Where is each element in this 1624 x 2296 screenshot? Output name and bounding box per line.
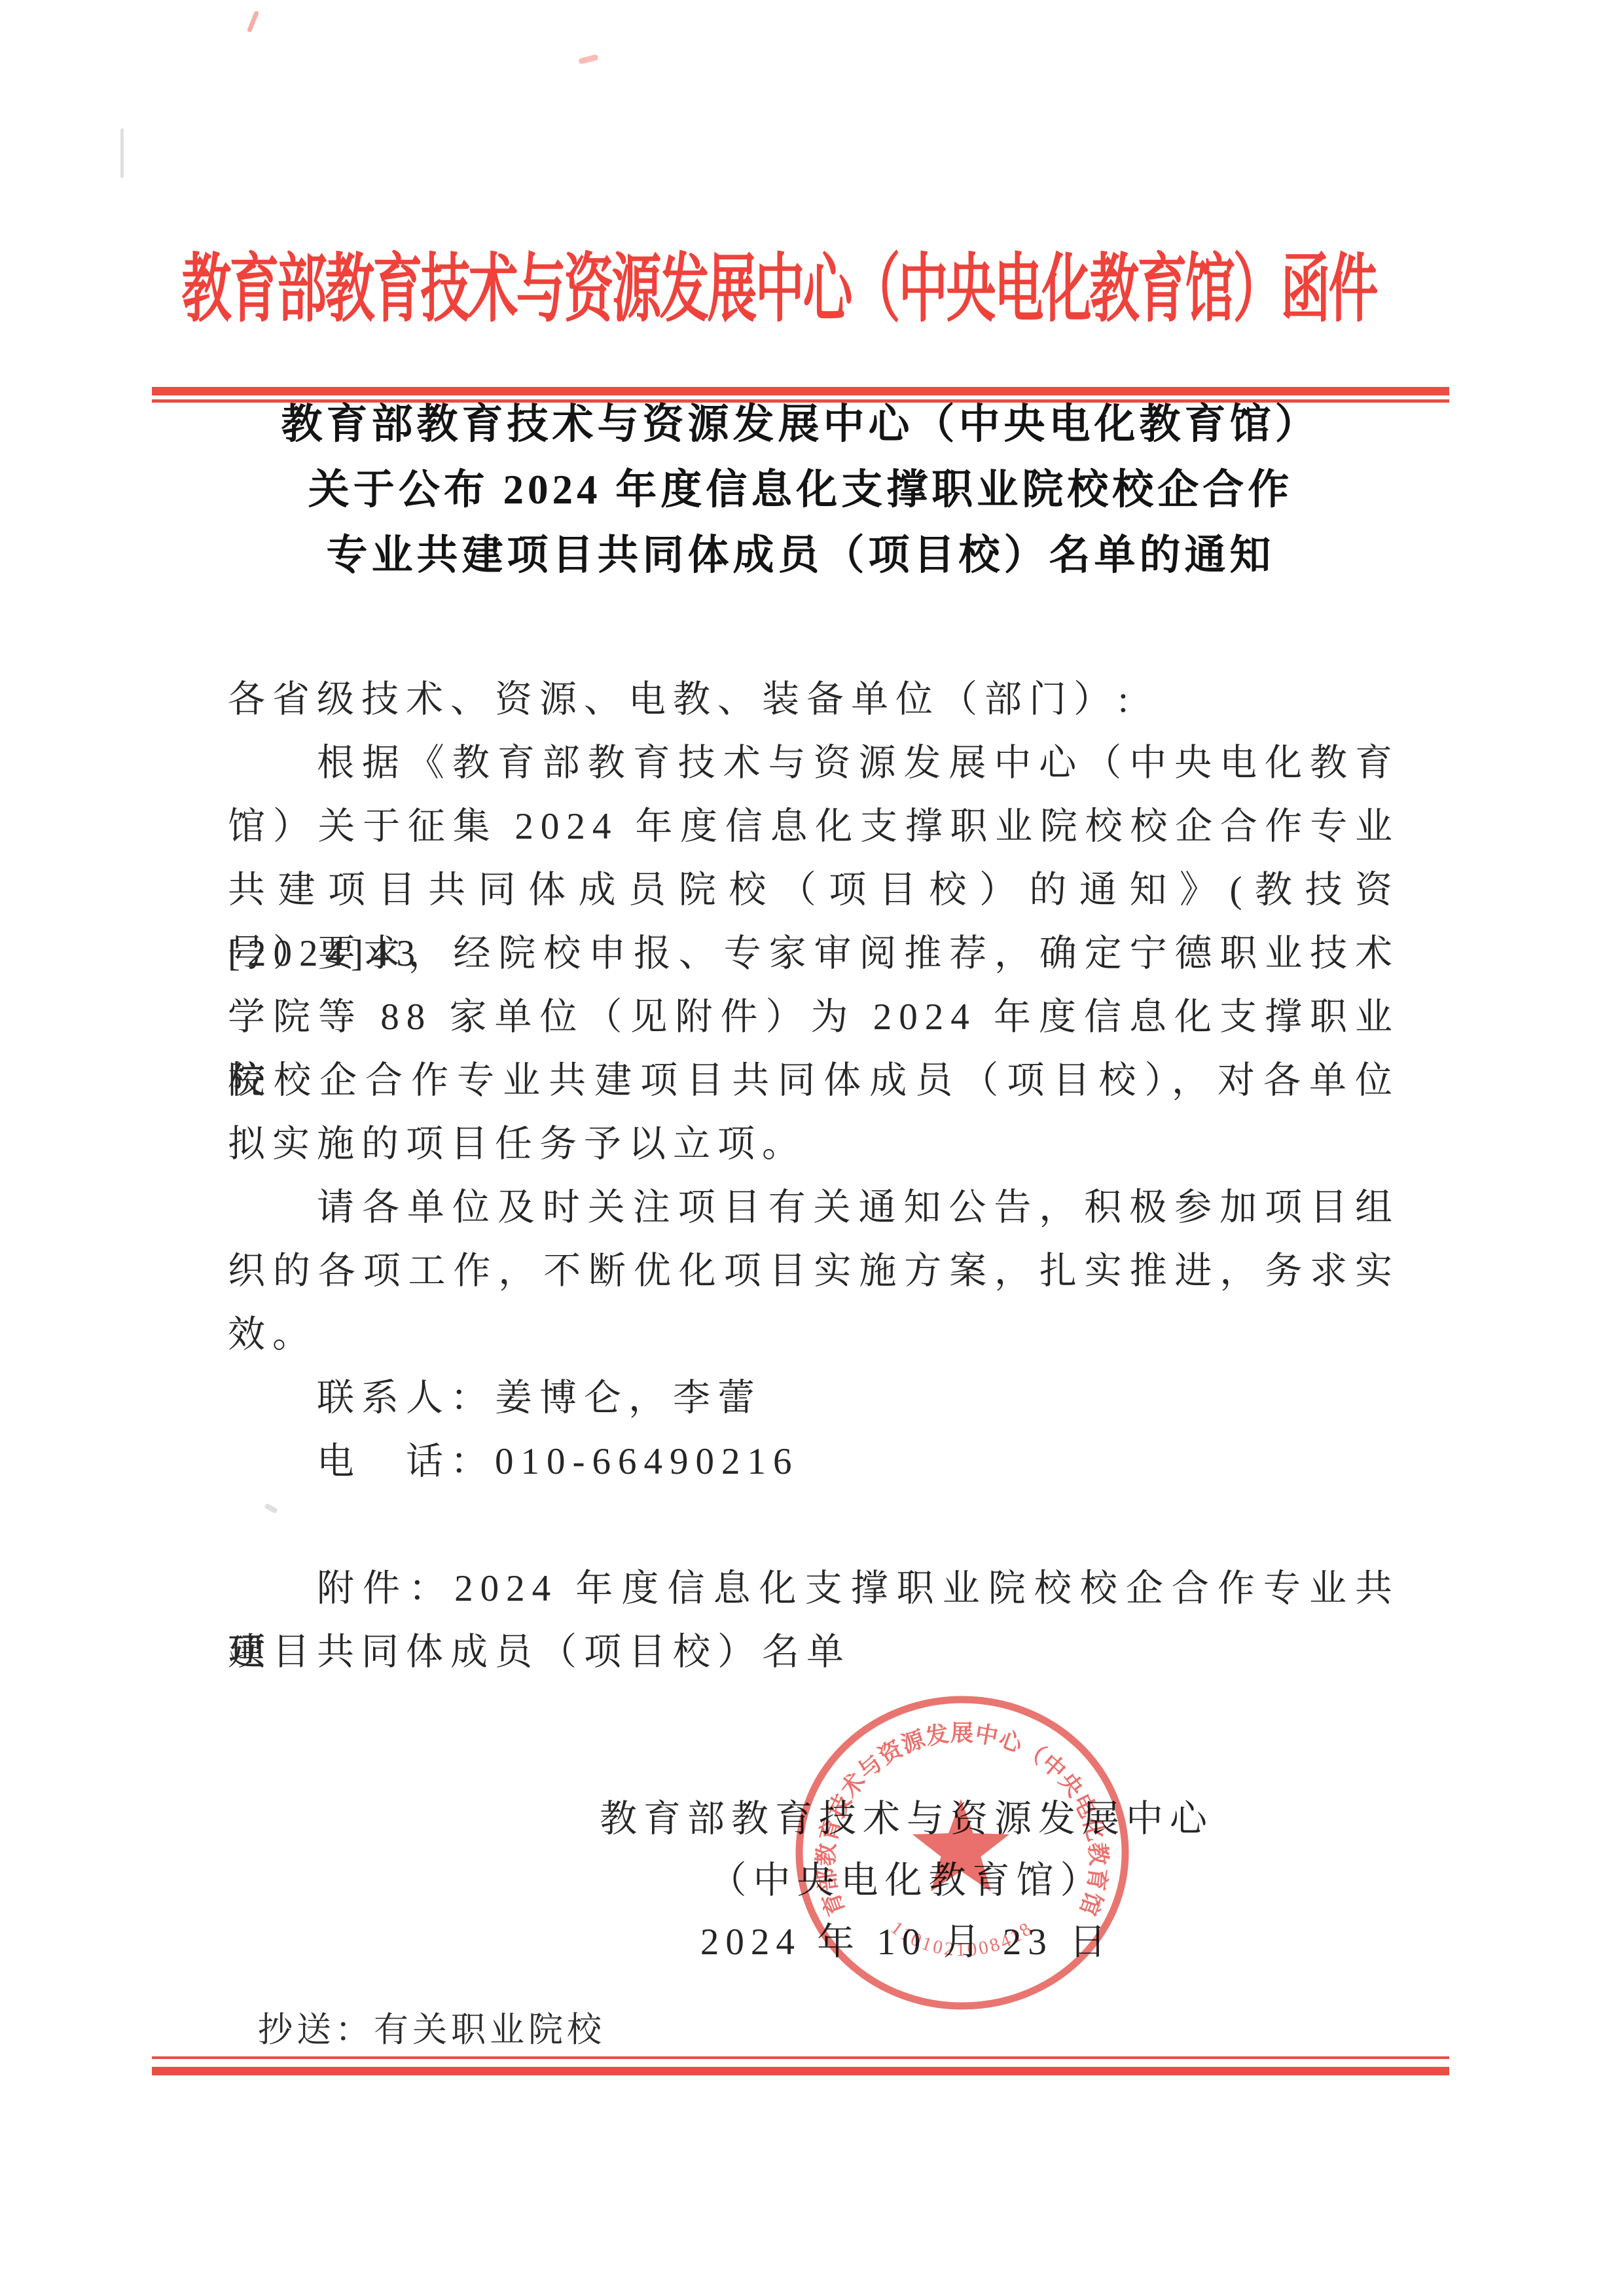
seal-star-icon bbox=[912, 1799, 1009, 1891]
body-line: 根据《教育部教育技术与资源发展中心（中央电化教育 bbox=[228, 731, 1399, 795]
document-body: 各省级技术、资源、电教、装备单位（部门）: 根据《教育部教育技术与资源发展中心（… bbox=[228, 668, 1399, 1684]
document-title-line: 专业共建项目共同体成员（项目校）名单的通知 bbox=[152, 522, 1449, 588]
body-line: 号）要求，经院校申报、专家审阅推荐，确定宁德职业技术 bbox=[228, 922, 1399, 985]
body-line: 学院等 88 家单位（见附件）为 2024 年度信息化支撑职业院 bbox=[228, 985, 1399, 1049]
document-page: 教育部教育技术与资源发展中心（中央电化教育馆）函件 教育部教育技术与资源发展中心… bbox=[0, 0, 1624, 2296]
body-line: 请各单位及时关注项目有关通知公告，积极参加项目组 bbox=[228, 1176, 1399, 1239]
svg-text:教育部教育技术与资源发展中心（中央电化教育馆）: 教育部教育技术与资源发展中心（中央电化教育馆） bbox=[776, 1676, 1111, 1920]
seal-serial: 1101021008418 bbox=[887, 1917, 1038, 1960]
attachment-line: 附件：2024 年度信息化支撑职业院校校企合作专业共建 bbox=[228, 1557, 1399, 1620]
official-seal: 教育部教育技术与资源发展中心（中央电化教育馆） 1101021008418 bbox=[776, 1676, 1155, 2016]
blank-line bbox=[228, 1493, 1399, 1557]
svg-text:1101021008418: 1101021008418 bbox=[887, 1917, 1038, 1960]
scan-artifact bbox=[247, 10, 259, 33]
salutation-line: 各省级技术、资源、电教、装备单位（部门）: bbox=[228, 668, 1399, 731]
body-line: 拟实施的项目任务予以立项。 bbox=[228, 1112, 1399, 1176]
letterhead-banner: 教育部教育技术与资源发展中心（中央电化教育馆）函件 bbox=[124, 217, 1434, 364]
copy-to-line: 抄送：有关职业院校 bbox=[258, 2007, 605, 2053]
document-title-line: 关于公布 2024 年度信息化支撑职业院校校企合作 bbox=[152, 457, 1449, 522]
body-line: 馆）关于征集 2024 年度信息化支撑职业院校校企合作专业 bbox=[228, 795, 1399, 858]
footer-rule-thick bbox=[152, 2067, 1449, 2075]
contact-phone-line: 电 话：010-66490216 bbox=[228, 1430, 1399, 1493]
body-line: 效。 bbox=[228, 1303, 1399, 1366]
document-title: 教育部教育技术与资源发展中心（中央电化教育馆） 关于公布 2024 年度信息化支… bbox=[152, 392, 1449, 588]
seal-ring-text: 教育部教育技术与资源发展中心（中央电化教育馆） bbox=[776, 1676, 1111, 1920]
document-title-line: 教育部教育技术与资源发展中心（中央电化教育馆） bbox=[152, 392, 1449, 457]
contact-person-line: 联系人：姜博仑，李蕾 bbox=[228, 1366, 1399, 1430]
body-line: 织的各项工作，不断优化项目实施方案，扎实推进，务求实 bbox=[228, 1239, 1399, 1303]
body-line: 共建项目共同体成员院校（项目校）的通知》(教技资[2024]43 bbox=[228, 858, 1399, 922]
scan-artifact bbox=[578, 54, 598, 65]
attachment-line: 项目共同体成员（项目校）名单 bbox=[228, 1620, 1399, 1684]
scan-artifact bbox=[120, 128, 124, 178]
footer-rule-thin bbox=[152, 2056, 1449, 2059]
body-line: 校校企合作专业共建项目共同体成员（项目校），对各单位 bbox=[228, 1049, 1399, 1112]
